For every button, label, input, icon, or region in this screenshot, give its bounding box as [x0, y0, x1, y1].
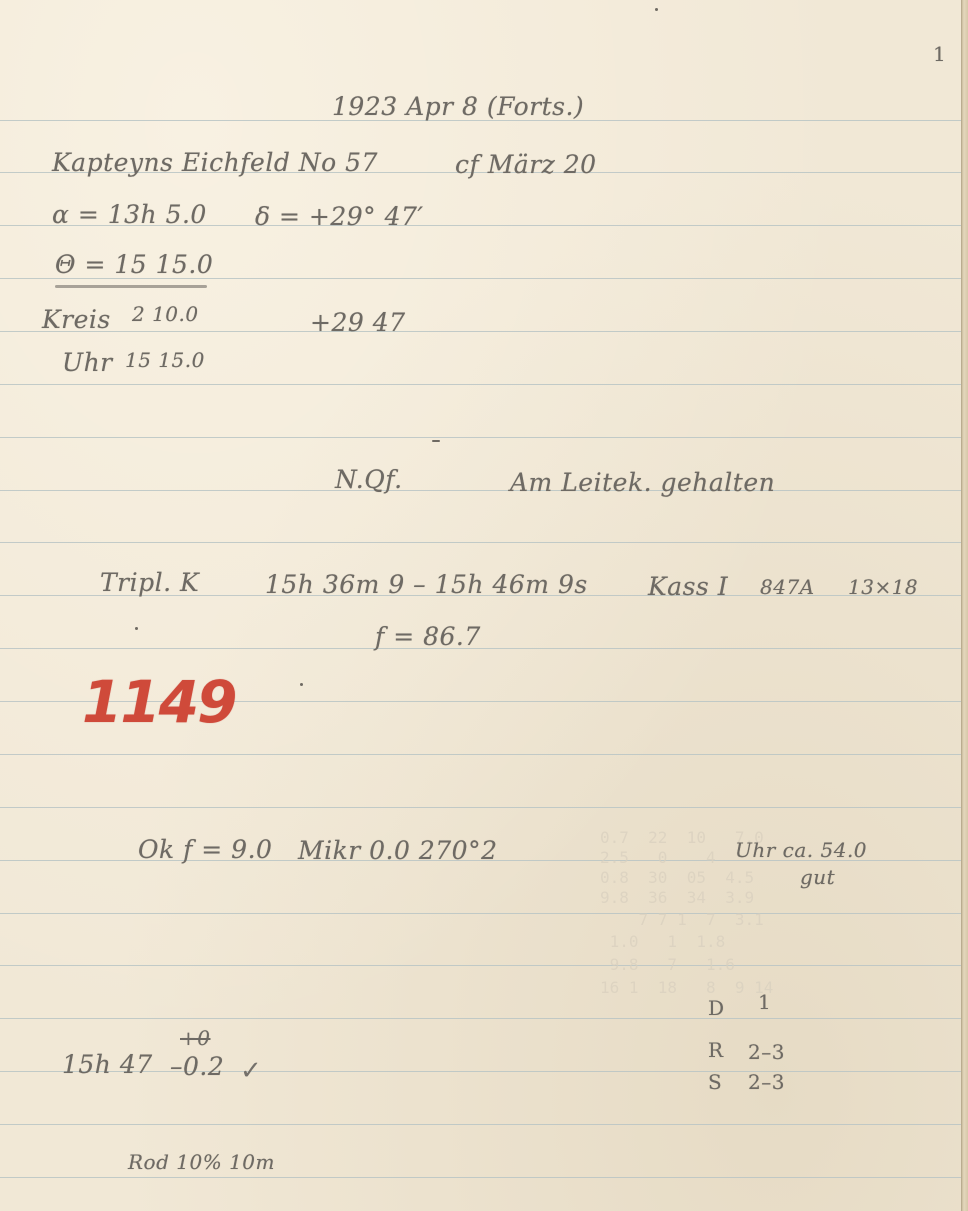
ocular-focus: Ok f = 9.0 — [138, 835, 272, 864]
ruled-line — [0, 965, 962, 966]
show-through-line: 16 1 18 8 9 14 — [600, 978, 773, 997]
clock-status: gut — [800, 865, 835, 889]
kreis-label: Kreis — [42, 305, 111, 334]
ruled-line — [0, 913, 962, 914]
show-through-line: 0.8 30 05 4.5 — [600, 868, 754, 887]
date-heading: 1923 Apr 8 (Forts.) — [332, 92, 584, 121]
condition-label: S — [708, 1070, 722, 1094]
focus-value: f = 86.7 — [375, 622, 481, 651]
clock-reading: Uhr ca. 54.0 — [735, 838, 867, 862]
ruled-line — [0, 384, 962, 385]
kreis-declination: +29 47 — [310, 308, 406, 337]
show-through-line: 9.8 7 1.6 — [600, 955, 735, 974]
checkmark-icon: ✓ — [240, 1056, 262, 1086]
plate-id-red: 1149 — [82, 668, 235, 736]
condition-value: 2–3 — [748, 1040, 785, 1064]
condition-value: 1 — [758, 990, 771, 1014]
sidereal-time: Θ = 15 15.0 — [55, 250, 213, 279]
show-through-line: 7 7 1 7 3.1 — [600, 910, 764, 929]
ruled-line — [0, 1018, 962, 1019]
condition-value: 2–3 — [748, 1070, 785, 1094]
cassette: Kass I — [648, 572, 728, 601]
ruled-line — [0, 1177, 962, 1178]
ruled-line — [0, 490, 962, 491]
object-reference: cf März 20 — [455, 150, 597, 179]
show-through-line: 2.5 0 4 — [600, 848, 716, 867]
correction-value: –0.2 — [170, 1052, 224, 1081]
uhr-value: 15 15.0 — [125, 348, 205, 372]
pencil-dot — [300, 683, 303, 686]
declination: δ = +29° 47′ — [255, 202, 424, 231]
uhr-label: Uhr — [62, 348, 113, 377]
plate-size: 13×18 — [848, 575, 918, 599]
ruled-line — [0, 542, 962, 543]
pencil-dot — [432, 440, 440, 442]
show-through-line: 1.0 1 1.8 — [600, 932, 725, 951]
object-title: Kapteyns Eichfeld No 57 — [52, 148, 378, 177]
right-ascension: α = 13h 5.0 — [52, 200, 207, 229]
ruled-line — [0, 331, 962, 332]
guide-note-right: Am Leitek. gehalten — [510, 468, 775, 497]
ruled-line — [0, 754, 962, 755]
ruled-line — [0, 1124, 962, 1125]
pencil-dot — [655, 8, 658, 11]
pencil-dot — [135, 627, 138, 630]
footer-note: Rod 10% 10m — [128, 1150, 275, 1174]
ruled-line — [0, 648, 962, 649]
page-number: 1 — [933, 42, 946, 66]
plate-number: 847A — [760, 575, 815, 599]
page-edge — [961, 0, 968, 1211]
instrument: Tripl. K — [100, 568, 199, 597]
correction-time: 15h 47 — [62, 1050, 153, 1079]
notebook-page: 0.7 22 10 7.0 2.5 0 4 0.8 30 05 4.5 9.8 … — [0, 0, 968, 1211]
exposure-time-range: 15h 36m 9 – 15h 46m 9s — [265, 570, 588, 599]
guide-note-left: N.Qf. — [335, 465, 403, 494]
sidereal-time-underline — [55, 285, 207, 288]
ruled-line — [0, 437, 962, 438]
condition-label: R — [708, 1038, 724, 1062]
show-through-line: 9.8 36 34 3.9 — [600, 888, 754, 907]
micrometer-reading: Mikr 0.0 270°2 — [298, 836, 497, 865]
kreis-value: 2 10.0 — [132, 302, 199, 326]
condition-label: D — [708, 996, 725, 1020]
correction-struck-value: +0 — [180, 1026, 210, 1050]
ruled-line — [0, 807, 962, 808]
